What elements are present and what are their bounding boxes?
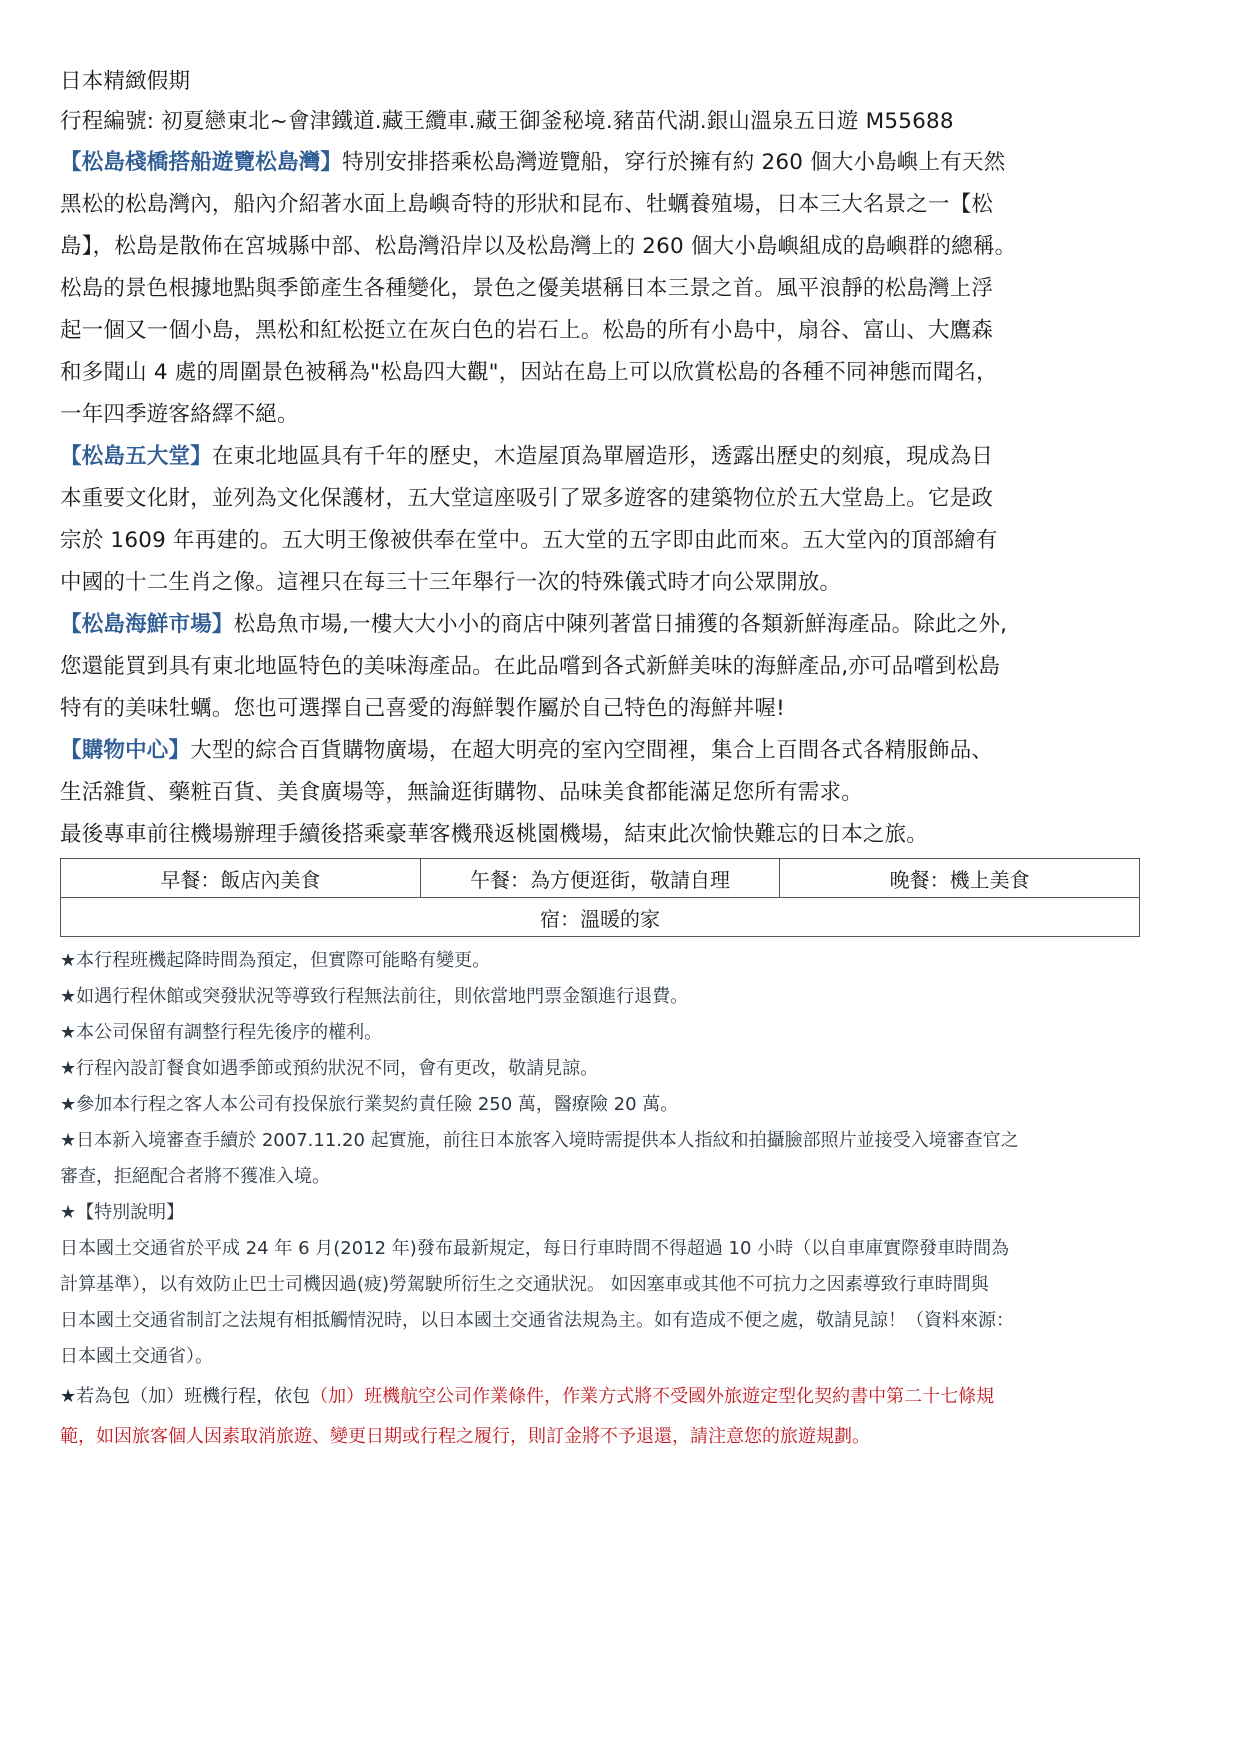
- section-godaido: 【松島五大堂】在東北地區具有千年的歷史，木造屋頂為單層造形，透露出歷史的刻痕，現…: [60, 436, 1180, 604]
- section-heading: 【松島五大堂】: [60, 444, 212, 469]
- note-item: ★參加本行程之客人本公司有投保旅行業契約責任險 250 萬，醫療險 20 萬。: [60, 1087, 1180, 1123]
- section-text: 特有的美味牡蠣。您也可選擇自己喜愛的海鮮製作屬於自己特色的海鮮丼喔!: [60, 688, 1180, 730]
- note-item: ★本行程班機起降時間為預定，但實際可能略有變更。: [60, 943, 1180, 979]
- lodging-row: 宿：溫暖的家: [61, 898, 1140, 937]
- meal-table: 早餐：飯店內美食 午餐：為方便逛街，敬請自理 晚餐：機上美食 宿：溫暖的家: [60, 858, 1140, 937]
- charter-notice: ★若為包（加）班機行程，依包（加）班機航空公司作業條件，作業方式將不受國外旅遊定…: [60, 1379, 1180, 1415]
- closing-text: 最後專車前往機場辦理手續後搭乘豪華客機飛返桃園機場，結束此次愉快難忘的日本之旅。: [60, 814, 1180, 856]
- brand-title: 日本精緻假期: [60, 62, 1180, 102]
- section-heading: 【購物中心】: [60, 738, 190, 763]
- special-text: 日本國土交通省於平成 24 年 6 月(2012 年)發布最新規定，每日行車時間…: [60, 1231, 1180, 1267]
- note-item: ★日本新入境審查手續於 2007.11.20 起實施，前往日本旅客入境時需提供本…: [60, 1123, 1180, 1159]
- section-text: 起一個又一個小島，黑松和紅松挺立在灰白色的岩石上。松島的所有小島中，扇谷、富山、…: [60, 310, 1180, 352]
- note-item: ★如遇行程休館或突發狀況等導致行程無法前往，則依當地門票金額進行退費。: [60, 979, 1180, 1015]
- notes-list: ★本行程班機起降時間為預定，但實際可能略有變更。 ★如遇行程休館或突發狀況等導致…: [60, 943, 1180, 1455]
- charter-warning: 範，如因旅客個人因素取消旅遊、變更日期或行程之履行，則訂金將不予退還，請注意您的…: [60, 1419, 1180, 1455]
- section-heading: 【松島海鮮市場】: [60, 612, 234, 637]
- note-item: 審查，拒絕配合者將不獲准入境。: [60, 1159, 1180, 1195]
- section-text: 松島的景色根據地點與季節產生各種變化，景色之優美堪稱日本三景之首。風平浪靜的松島…: [60, 268, 1180, 310]
- section-text: 特別安排搭乘松島灣遊覽船，穿行於擁有約 260 個大小島嶼上有天然: [342, 150, 1005, 175]
- section-seafood-market: 【松島海鮮市場】松島魚市場,一樓大大小小的商店中陳列著當日捕獲的各類新鮮海產品。…: [60, 604, 1180, 730]
- section-text: 宗於 1609 年再建的。五大明王像被供奉在堂中。五大堂的五字即由此而來。五大堂…: [60, 520, 1180, 562]
- section-text: 中國的十二生肖之像。這裡只在每三十三年舉行一次的特殊儀式時才向公眾開放。: [60, 562, 1180, 604]
- dinner-cell: 晚餐：機上美食: [780, 859, 1140, 898]
- section-shopping-center: 【購物中心】大型的綜合百貨購物廣場，在超大明亮的室內空間裡，集合上百間各式各精服…: [60, 730, 1180, 814]
- section-matsushima-cruise: 【松島棧橋搭船遊覽松島灣】特別安排搭乘松島灣遊覽船，穿行於擁有約 260 個大小…: [60, 142, 1180, 436]
- itinerary-page: 日本精緻假期 行程編號: 初夏戀東北~會津鐵道.藏王纜車.藏王御釜秘境.豬苗代湖…: [60, 62, 1180, 1455]
- section-text: 松島魚市場,一樓大大小小的商店中陳列著當日捕獲的各類新鮮海產品。除此之外,: [234, 612, 1008, 637]
- lodging-cell: 宿：溫暖的家: [61, 898, 1140, 937]
- note-item: ★行程內設訂餐食如遇季節或預約狀況不同，會有更改，敬請見諒。: [60, 1051, 1180, 1087]
- section-text: 在東北地區具有千年的歷史，木造屋頂為單層造形，透露出歷史的刻痕，現成為日: [212, 444, 993, 469]
- section-text: 黑松的松島灣內，船內介紹著水面上島嶼奇特的形狀和昆布、牡蠣養殖場，日本三大名景之…: [60, 184, 1180, 226]
- special-heading: ★【特別說明】: [60, 1195, 1180, 1231]
- special-text: 日本國土交通省）。: [60, 1339, 1180, 1375]
- special-text: 日本國土交通省制訂之法規有相抵觸情況時，以日本國土交通省法規為主。如有造成不便之…: [60, 1303, 1180, 1339]
- section-text: 生活雜貨、藥粧百貨、美食廣場等，無論逛街購物、品味美食都能滿足您所有需求。: [60, 772, 1180, 814]
- section-text: 您還能買到具有東北地區特色的美味海產品。在此品嚐到各式新鮮美味的海鮮產品,亦可品…: [60, 646, 1180, 688]
- breakfast-cell: 早餐：飯店內美食: [61, 859, 421, 898]
- lunch-cell: 午餐：為方便逛街，敬請自理: [420, 859, 780, 898]
- charter-prefix: ★若為包（加）班機行程，依包: [60, 1386, 310, 1407]
- charter-warning: （加）班機航空公司作業條件，作業方式將不受國外旅遊定型化契約書中第二十七條規: [310, 1386, 994, 1407]
- section-heading: 【松島棧橋搭船遊覽松島灣】: [60, 150, 342, 175]
- section-text: 一年四季遊客絡繹不絕。: [60, 394, 1180, 436]
- meal-row: 早餐：飯店內美食 午餐：為方便逛街，敬請自理 晚餐：機上美食: [61, 859, 1140, 898]
- section-text: 島】，松島是散佈在宮城縣中部、松島灣沿岸以及松島灣上的 260 個大小島嶼組成的…: [60, 226, 1180, 268]
- note-item: ★本公司保留有調整行程先後序的權利。: [60, 1015, 1180, 1051]
- section-text: 本重要文化財，並列為文化保護材，五大堂這座吸引了眾多遊客的建築物位於五大堂島上。…: [60, 478, 1180, 520]
- special-text: 計算基準），以有效防止巴士司機因過(疲)勞駕駛所衍生之交通狀況。 如因塞車或其他…: [60, 1267, 1180, 1303]
- section-text: 大型的綜合百貨購物廣場，在超大明亮的室內空間裡，集合上百間各式各精服飾品、: [190, 738, 993, 763]
- section-text: 和多聞山 4 處的周圍景色被稱為"松島四大觀"，因站在島上可以欣賞松島的各種不同…: [60, 352, 1180, 394]
- itinerary-code: 行程編號: 初夏戀東北~會津鐵道.藏王纜車.藏王御釜秘境.豬苗代湖.銀山溫泉五日…: [60, 102, 1180, 142]
